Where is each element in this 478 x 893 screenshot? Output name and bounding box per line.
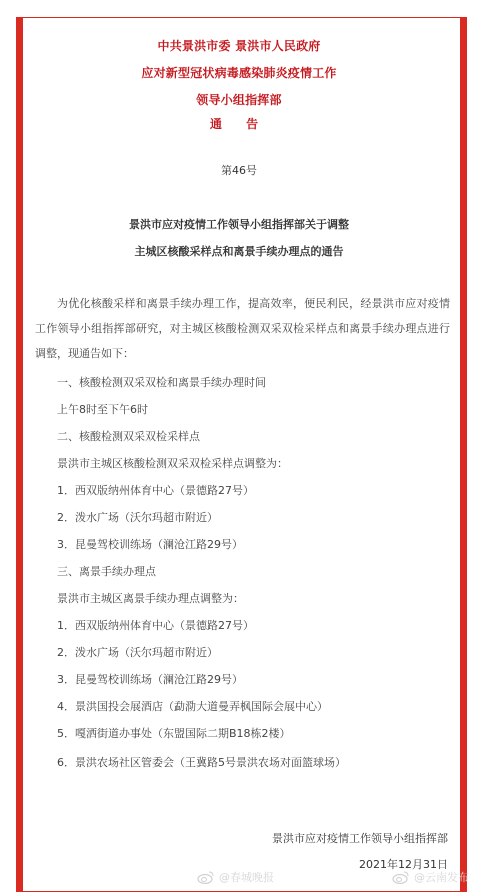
departure-point-item: 1．西双版纳州体育中心（景德路27号） <box>57 617 254 633</box>
section-1-title: 一、核酸检测双采双检和离景手续办理时间 <box>57 374 266 390</box>
sampling-point-item: 1．西双版纳州体育中心（景德路27号） <box>57 482 254 498</box>
sampling-point-item: 3．昆曼驾校训练场（澜沧江路29号） <box>57 536 243 552</box>
watermark-2: @云南发布 <box>392 869 469 885</box>
departure-point-item: 4．景洪国投会展酒店（勐泐大道曼弄枫国际会展中心） <box>57 698 328 714</box>
departure-point-item: 5．嘎洒街道办事处（东盟国际二期B18栋2楼） <box>57 725 291 741</box>
weibo-icon <box>197 870 215 884</box>
watermark-text: @云南发布 <box>414 869 469 885</box>
document-number: 第46号 <box>0 162 478 178</box>
section-3-intro: 景洪市主城区离景手续办理点调整为： <box>57 590 244 606</box>
frame-right-bar <box>460 17 467 892</box>
section-3-title: 三、离景手续办理点 <box>57 563 156 579</box>
section-2-intro: 景洪市主城区核酸检测双采双检采样点调整为： <box>57 455 288 471</box>
frame-left-bar <box>16 17 23 892</box>
intro-paragraph: 为优化核酸采样和离景手续办理工作，提高效率，便民利民，经景洪市应对疫情工作领导小… <box>35 291 450 366</box>
issuer-signature: 景洪市应对疫情工作领导小组指挥部 <box>272 830 448 846</box>
departure-point-item: 2．泼水广场（沃尔玛超市附近） <box>57 644 218 660</box>
departure-point-item: 3．昆曼驾校训练场（澜沧江路29号） <box>57 671 243 687</box>
notice-title: 通 告 <box>0 115 478 132</box>
header-line-3: 领导小组指挥部 <box>0 91 478 108</box>
watermark-text: @春城晚报 <box>219 869 274 885</box>
subject-line-1: 景洪市应对疫情工作领导小组指挥部关于调整 <box>0 216 478 232</box>
header-line-2: 应对新型冠状病毒感染肺炎疫情工作 <box>0 64 478 81</box>
weibo-icon <box>392 870 410 884</box>
subject-line-2: 主城区核酸采样点和离景手续办理点的通告 <box>0 243 478 259</box>
departure-point-item: 6．景洪农场社区管委会（王冀路5号景洪农场对面篮球场） <box>57 754 346 770</box>
sampling-point-item: 2．泼水广场（沃尔玛超市附近） <box>57 509 218 525</box>
section-1-time: 上午8时至下午6时 <box>57 401 148 417</box>
section-2-title: 二、核酸检测双采双检采样点 <box>57 428 200 444</box>
header-line-1: 中共景洪市委 景洪市人民政府 <box>0 37 478 54</box>
watermark-1: @春城晚报 <box>197 869 274 885</box>
